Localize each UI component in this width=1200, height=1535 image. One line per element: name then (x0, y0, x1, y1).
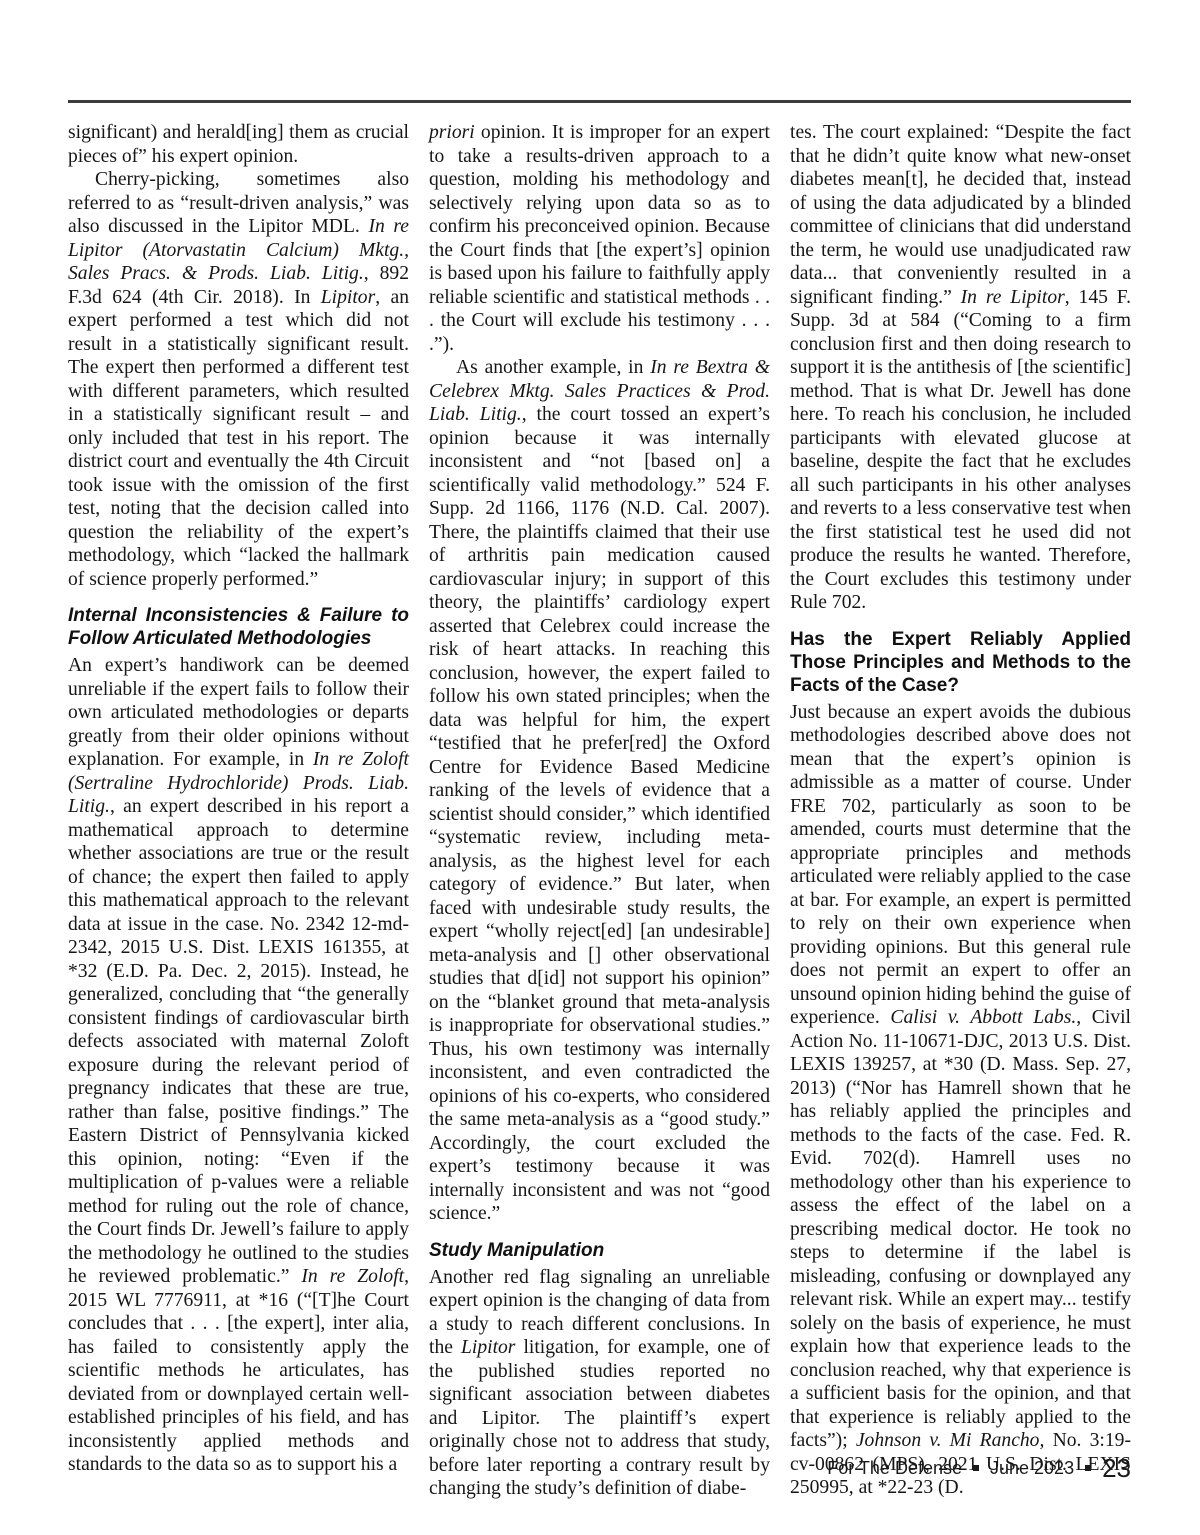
citation-italic-text: In re Zoloft (301, 1266, 404, 1287)
citation-italic-text: Johnson v. Mi Rancho, (856, 1430, 1045, 1451)
citation-italic-text: Calisi v. Abbott Labs. (890, 1007, 1076, 1028)
body-text: , an expert performed a test which did n… (68, 287, 409, 590)
body-text: litigation, for example, one of the publ… (429, 1337, 770, 1499)
text-column: tes. The court explained: “Despite the f… (790, 121, 1131, 1501)
paragraph: As another example, in In re Bextra & Ce… (429, 356, 770, 1226)
body-text: significant) and herald[ing] them as cru… (68, 122, 409, 167)
citation-italic-text: Lipitor (461, 1337, 515, 1358)
top-rule (68, 100, 1131, 103)
body-text: As another example, in (456, 357, 650, 378)
paragraph: tes. The court explained: “Despite the f… (790, 121, 1131, 615)
paragraph: Just because an expert avoids the dubiou… (790, 701, 1131, 1500)
footer-journal-title: For The Defense (827, 1458, 962, 1479)
body-text: Just because an expert avoids the dubiou… (790, 702, 1131, 1029)
paragraph: priori opinion. It is improper for an ex… (429, 121, 770, 356)
paragraph: An expert’s handiwork can be deemed unre… (68, 654, 409, 1477)
body-text: tes. The court explained: “Despite the f… (790, 122, 1131, 308)
footer-issue-date: June 2023 (990, 1458, 1074, 1479)
paragraph: Cherry-picking, sometimes also referred … (68, 168, 409, 591)
section-heading: Has the Expert Reliably Applied Those Pr… (790, 628, 1131, 697)
body-text: Cherry-picking, sometimes also referred … (68, 169, 409, 237)
body-text: , 2015 WL 7776911, at *16 (“[T]he Court … (68, 1266, 409, 1475)
body-text: , Civil Action No. 11-10671-DJC, 2013 U.… (790, 1007, 1131, 1451)
section-heading: Internal Inconsistencies & Failure to Fo… (68, 604, 409, 650)
paragraph: Another red flag signaling an unreliable… (429, 1266, 770, 1501)
page-footer: For The Defense June 2023 23 (827, 1455, 1131, 1481)
body-text: , the court tossed an expert’s opinion b… (429, 404, 770, 1224)
magazine-page: significant) and herald[ing] them as cru… (0, 0, 1200, 1535)
body-text: , 145 F. Supp. 3d at 584 (“Coming to a f… (790, 287, 1131, 614)
footer-page-number: 23 (1102, 1455, 1131, 1481)
text-column: significant) and herald[ing] them as cru… (68, 121, 409, 1501)
text-column: priori opinion. It is improper for an ex… (429, 121, 770, 1501)
citation-italic-text: priori (429, 122, 475, 143)
paragraph: significant) and herald[ing] them as cru… (68, 121, 409, 168)
square-bullet-icon (1085, 1465, 1091, 1471)
article-body: significant) and herald[ing] them as cru… (68, 121, 1131, 1501)
citation-italic-text: In re Lipitor (961, 287, 1065, 308)
body-text: , an expert described in his report a ma… (68, 796, 409, 1287)
citation-italic-text: Lipitor (321, 287, 375, 308)
body-text: opinion. It is improper for an expert to… (429, 122, 770, 355)
section-heading: Study Manipulation (429, 1239, 770, 1262)
square-bullet-icon (973, 1465, 979, 1471)
